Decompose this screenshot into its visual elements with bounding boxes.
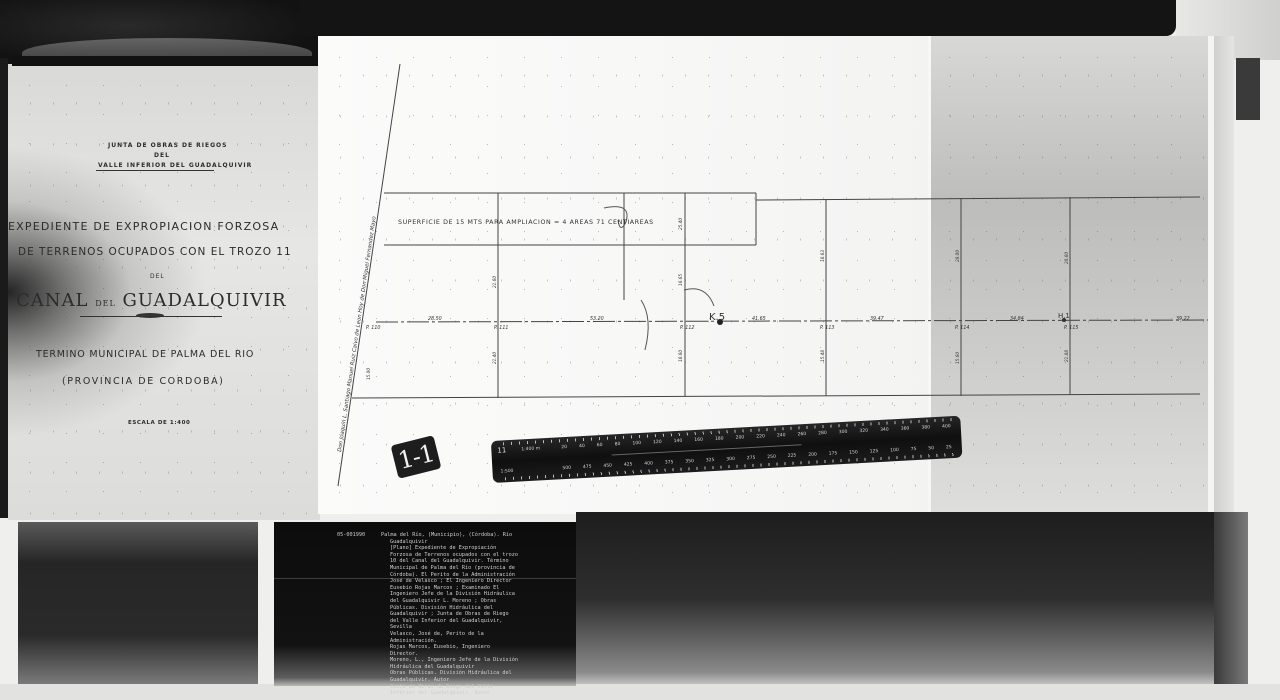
ruler-graduation: 240 [777, 433, 786, 438]
ruler-graduation: 220 [756, 434, 765, 439]
catalog-line: Inferior del Guadalquivir. Autor [381, 690, 571, 697]
svg-text:P. 115: P. 115 [1064, 325, 1078, 331]
catalog-line: Municipal de Palma del Río (provincia de [381, 565, 571, 572]
ruler-graduation: 380 [921, 425, 930, 430]
svg-text:P. 112: P. 112 [680, 325, 694, 331]
svg-text:21.60: 21.60 [492, 276, 497, 288]
ruler-graduation: 140 [674, 439, 683, 444]
ruler-graduation: 400 [942, 424, 951, 429]
ruler-graduation: 180 [715, 436, 724, 441]
catalog-line: Palma del Río, (Municipio), (Córdoba). R… [381, 532, 571, 539]
ruler-graduation: 125 [870, 449, 879, 454]
svg-text:15.48: 15.48 [820, 350, 825, 362]
svg-text:P. 114: P. 114 [955, 325, 969, 331]
catalog-line: Sevilla [381, 624, 571, 631]
svg-text:P. 111: P. 111 [494, 325, 508, 331]
svg-text:Don Joaquín L. Santiago Manuel: Don Joaquín L. Santiago Manuel Ruiz Calv… [336, 215, 378, 452]
catalog-line: Administración. [381, 638, 571, 645]
catalog-description: Palma del Río, (Municipio), (Córdoba). R… [381, 532, 571, 697]
ruler-graduation: 300 [839, 430, 848, 435]
ruler-graduation: 120 [653, 440, 662, 445]
ruler-graduation: 500 [562, 466, 571, 471]
ruler-graduation: 400 [644, 461, 653, 466]
catalog-line: [Plano] Expediente de Expropiación [381, 545, 571, 552]
ruler-graduation: 80 [615, 442, 621, 447]
svg-text:34.84: 34.84 [1010, 316, 1024, 322]
ruler-graduation: 25 [946, 445, 952, 450]
ruler-graduation: 150 [849, 450, 858, 455]
ruler-graduation: 260 [797, 432, 806, 437]
svg-text:20.60: 20.60 [1064, 252, 1069, 264]
record-id: 05-001990 [337, 532, 365, 538]
catalog-line: Ingeniero Jefe de la División Hidráulica [381, 591, 571, 598]
ruler-graduation: 450 [603, 464, 612, 469]
ruler-graduation: 425 [624, 462, 633, 467]
ruler-graduation: 40 [579, 444, 585, 449]
catalog-line: Rojas Marcos, Eusebio, Ingeniero [381, 644, 571, 651]
film-background-bottom-right [576, 512, 1246, 686]
ruler-graduation: 175 [829, 451, 838, 456]
ruler-graduation: 200 [736, 435, 745, 440]
svg-text:18.63: 18.63 [820, 250, 825, 262]
catalog-line: del Valle Inferior del Guadalquivir, [381, 618, 571, 625]
catalog-line: Moreno, L., Ingeniero Jefe de la Divisió… [381, 657, 571, 664]
svg-text:53.20: 53.20 [590, 316, 604, 322]
svg-text:21.40: 21.40 [492, 352, 497, 364]
catalog-card: 05-001990 Palma del Río, (Municipio), (C… [274, 522, 576, 686]
ruler-graduation: 360 [901, 426, 910, 431]
ruler-graduation: 340 [880, 428, 889, 433]
ruler-graduation: 100 [890, 448, 899, 453]
film-margin-bottom [0, 684, 1280, 700]
catalog-line: Obras Públicas. División Hidráulica del [381, 670, 571, 677]
svg-text:28.50: 28.50 [428, 316, 442, 322]
ruler-graduation: 280 [818, 431, 827, 436]
svg-text:15.00: 15.00 [366, 368, 371, 380]
catalog-line: Guadalquivir ; Junta de Obras de Riego [381, 611, 571, 618]
ruler-graduation: 275 [747, 456, 756, 461]
ruler-graduation: 160 [694, 438, 703, 443]
catalog-line: José de Velasco ; El Ingeniero Director [381, 578, 571, 585]
ruler-graduation: 75 [911, 447, 917, 452]
svg-text:21.88: 21.88 [1064, 350, 1069, 362]
ruler-graduation: 375 [665, 460, 674, 465]
ruler-graduation: 200 [808, 452, 817, 457]
svg-text:SUPERFICIE DE 15 MTS PARA AMPL: SUPERFICIE DE 15 MTS PARA AMPLIACION = 4… [398, 219, 654, 226]
kilometer-marker: K.5 [709, 312, 725, 325]
ruler-graduation: 60 [597, 443, 603, 448]
svg-text:28.00: 28.00 [955, 250, 960, 262]
ruler-graduation: 320 [859, 429, 868, 434]
ruler-graduation: 475 [583, 465, 592, 470]
catalog-line: 10 del Canal del Guadalquivir. Término [381, 558, 571, 565]
ruler-id: 11 [497, 446, 506, 454]
svg-text:P. 113: P. 113 [820, 325, 834, 331]
catalog-line: Junta de Obras de Riego del Valle [381, 684, 571, 691]
ruler-graduation: 300 [726, 457, 735, 462]
svg-text:15.60: 15.60 [955, 352, 960, 364]
ruler-graduation: 50 [928, 446, 934, 451]
svg-text:39.22: 39.22 [1176, 316, 1190, 322]
catalog-line: Públicas. División Hidráulica del [381, 605, 571, 612]
catalog-line: Guadalquivir. Autor [381, 677, 571, 684]
catalog-line: del Guadalquivir L. Moreno ; Obras [381, 598, 571, 605]
ruler-graduation: 325 [706, 458, 715, 463]
film-background-bottom-left [18, 522, 258, 684]
svg-text:18.60: 18.60 [678, 350, 683, 362]
svg-text:41.65: 41.65 [752, 316, 766, 322]
ruler-graduation: 20 [561, 445, 567, 450]
microfilm-scan: JUNTA DE OBRAS DE RIEGOS DEL VALLE INFER… [0, 0, 1280, 700]
film-edge-bottom-right [1214, 512, 1248, 686]
svg-text:39.47: 39.47 [870, 316, 884, 322]
ruler-scale-bottom: 1:500 [500, 469, 513, 475]
svg-text:16.65: 16.65 [678, 274, 683, 286]
svg-text:H.1: H.1 [1058, 312, 1070, 320]
svg-text:K.5: K.5 [709, 312, 725, 323]
ruler-graduation: 225 [788, 454, 797, 459]
catalog-line: Velasco, José de, Perito de la [381, 631, 571, 638]
ruler-scale-top: 1:400 m [521, 446, 540, 452]
svg-text:P. 110: P. 110 [366, 325, 380, 331]
ruler-graduation: 100 [632, 441, 641, 446]
svg-text:25.40: 25.40 [678, 218, 683, 230]
ruler-graduation: 350 [685, 459, 694, 464]
ruler-graduation: 250 [767, 455, 776, 460]
